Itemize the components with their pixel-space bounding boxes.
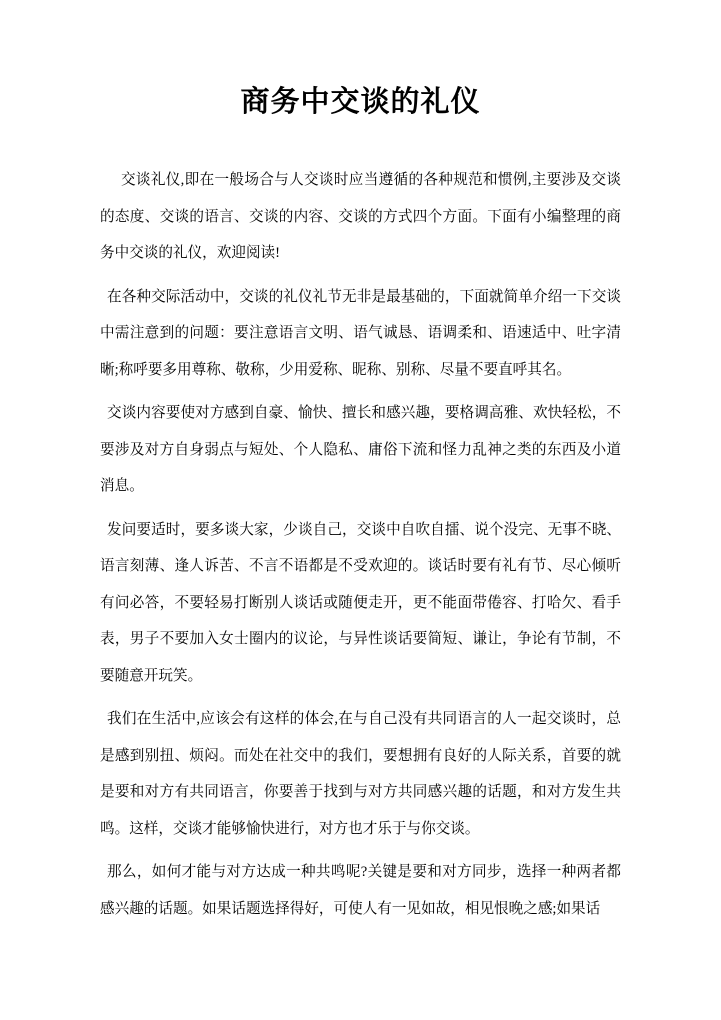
paragraph-intro: 交谈礼仪,即在一般场合与人交谈时应当遵循的各种规范和惯例,主要涉及交谈的态度、交… xyxy=(100,162,621,272)
document-page: 商务中交谈的礼仪 交谈礼仪,即在一般场合与人交谈时应当遵循的各种规范和惯例,主要… xyxy=(0,0,721,1020)
page-title: 商务中交谈的礼仪 xyxy=(100,0,621,122)
paragraph-basics: 在各种交际活动中，交谈的礼仪礼节无非是最基础的，下面就简单介绍一下交谈中需注意到… xyxy=(100,279,621,389)
paragraph-common-language: 我们在生活中,应该会有这样的体会,在与自己没有共同语言的人一起交谈时，总是感到别… xyxy=(100,701,621,847)
paragraph-questions: 发问要适时，要多谈大家，少谈自己，交谈中自吹自擂、说个没完、无事不晓、语言刻薄、… xyxy=(100,512,621,695)
document-body: 交谈礼仪,即在一般场合与人交谈时应当遵循的各种规范和惯例,主要涉及交谈的态度、交… xyxy=(100,162,621,927)
paragraph-content: 交谈内容要使对方感到自豪、愉快、擅长和感兴趣，要格调高雅、欢快轻松，不要涉及对方… xyxy=(100,395,621,505)
paragraph-resonance: 那么，如何才能与对方达成一种共鸣呢?关键是要和对方同步，选择一种两者都感兴趣的话… xyxy=(100,854,621,927)
